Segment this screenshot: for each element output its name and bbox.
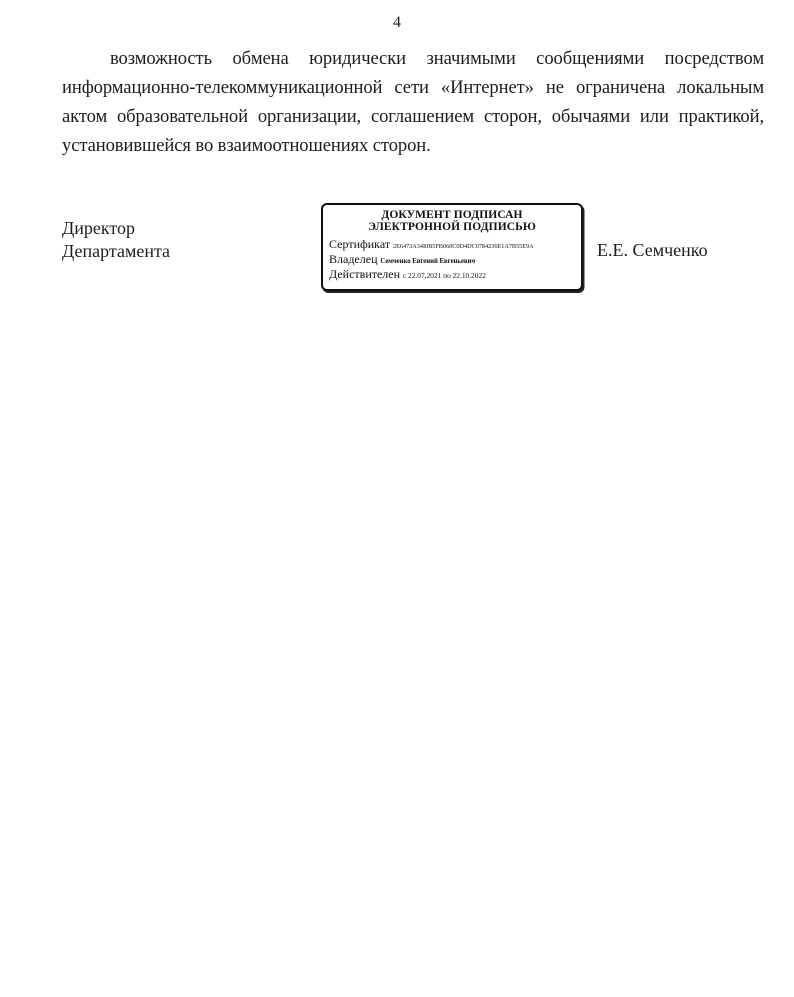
- paragraph-line: информационно-телекоммуникационной сети …: [62, 73, 764, 102]
- certificate-value: 2E6473A34I0B5FB060C0D4DC0784236E1A7B55E9…: [393, 243, 534, 250]
- electronic-signature-stamp: ДОКУМЕНТ ПОДПИСАН ЭЛЕКТРОННОЙ ПОДПИСЬЮ С…: [321, 203, 583, 291]
- paragraph-line: возможность обмена юридически значимыми …: [62, 44, 764, 73]
- stamp-owner-row: Владелец Семченко Евгений Евгеньевич: [329, 253, 575, 268]
- validity-value: с 22.07.2021 по 22.10.2022: [403, 271, 486, 280]
- page-number: 4: [0, 14, 794, 32]
- owner-label: Владелец: [329, 252, 378, 266]
- signer-position-title: Директор Департамента: [62, 217, 170, 263]
- stamp-validity-row: Действителен с 22.07.2021 по 22.10.2022: [329, 268, 575, 282]
- certificate-label: Сертификат: [329, 237, 390, 251]
- owner-value: Семченко Евгений Евгеньевич: [380, 258, 475, 265]
- stamp-certificate-row: Сертификат 2E6473A34I0B5FB060C0D4DC07842…: [329, 238, 575, 253]
- signer-position-line: Департамента: [62, 240, 170, 263]
- paragraph-line: установившейся во взаимоотношениях сторо…: [62, 131, 764, 160]
- stamp-heading-line: ДОКУМЕНТ ПОДПИСАН: [329, 209, 575, 221]
- signer-position-line: Директор: [62, 217, 170, 240]
- paragraph-line: актом образовательной организации, согла…: [62, 102, 764, 131]
- stamp-heading-line: ЭЛЕКТРОННОЙ ПОДПИСЬЮ: [329, 221, 575, 233]
- body-paragraph: возможность обмена юридически значимыми …: [62, 44, 764, 160]
- validity-label: Действителен: [329, 267, 400, 281]
- signer-name: Е.Е. Семченко: [597, 240, 708, 261]
